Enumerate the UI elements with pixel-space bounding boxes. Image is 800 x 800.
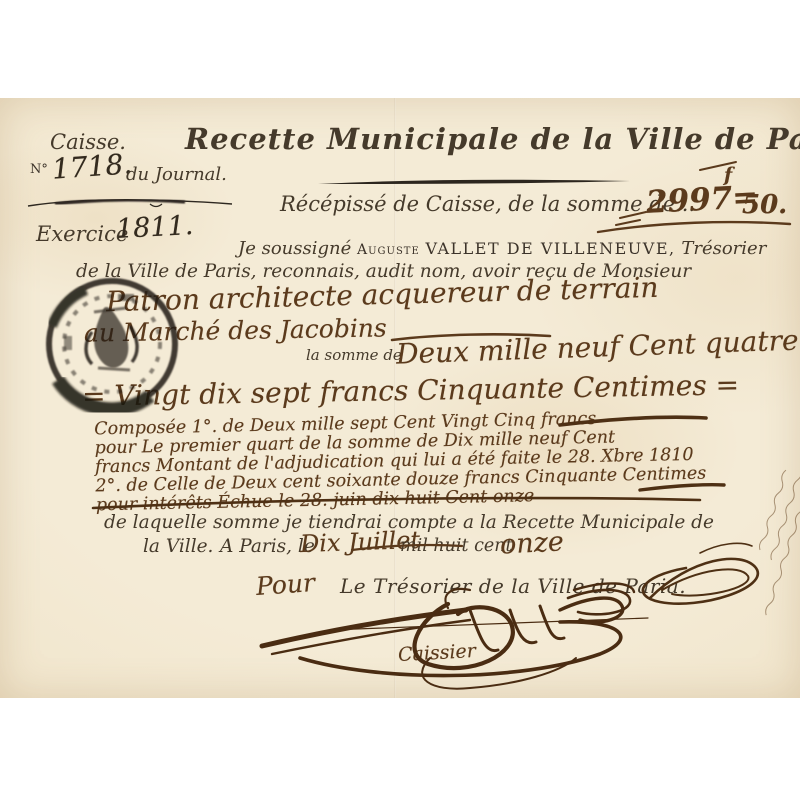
signature: [262, 583, 648, 688]
amount-words-line2: = Vingt dix sept francs Cinquante Centim…: [82, 368, 740, 412]
amount-words-line1: Deux mille neuf Cent quatre =: [396, 322, 800, 370]
journal-number: 1718.: [51, 147, 133, 186]
journal-flourish: [28, 200, 232, 207]
detail-block: Composée 1°. de Deux mille sept Cent Vin…: [94, 408, 707, 516]
margin-annotation: [740, 464, 800, 616]
intro-post: Trésorier: [681, 238, 766, 259]
date-mid: mil huit cent: [400, 536, 513, 556]
exercice-year: 1811.: [115, 210, 194, 245]
document-title: Recette Municipale de la Ville de Paria.: [185, 122, 775, 156]
closing-line2: la Ville.: [143, 536, 213, 557]
receipt-currency: f: [724, 164, 732, 186]
title-rule: [318, 180, 630, 184]
treasurer-line: Le Trésorier de la Ville de Paria.: [340, 574, 686, 598]
date-year: onze: [499, 526, 564, 560]
intro-pre: Je soussigné: [238, 238, 351, 259]
intro-name-first: Auguste: [357, 242, 420, 258]
scanned-receipt-page: Caisse. N° 1718. du Journal. Exercice 18…: [0, 0, 800, 800]
exercice-label: Exercice: [36, 222, 128, 246]
journal-label: du Journal.: [126, 164, 227, 185]
signature-caption: Caissier: [397, 640, 476, 666]
intro-line1: Je soussigné Auguste VALLET DE VILLENEUV…: [238, 238, 766, 259]
pour-annotation: Pour: [255, 568, 316, 601]
somme-label: la somme de: [306, 346, 402, 364]
receipt-cents: 50.: [742, 190, 787, 220]
journal-number-sign: N°: [30, 162, 48, 177]
document-paper: Caisse. N° 1718. du Journal. Exercice 18…: [0, 98, 800, 698]
intro-name-caps: VALLET DE VILLENEUVE,: [426, 239, 676, 258]
receipt-label: Récépissé de Caisse, de la somme de...: [280, 192, 695, 216]
payer-line2: au Marché des Jacobins: [84, 313, 387, 347]
